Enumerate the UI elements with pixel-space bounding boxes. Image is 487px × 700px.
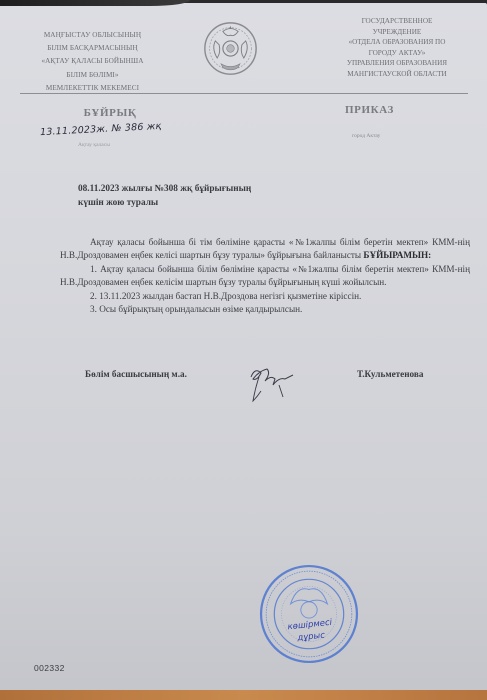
header-right-line: Мангистауской области: [322, 69, 472, 80]
state-emblem-icon: [202, 20, 259, 77]
header-divider: [20, 93, 468, 94]
document-serial-number: 002332: [34, 663, 65, 673]
header-right-line: учреждение: [322, 27, 472, 38]
header-right-line: Управления образования: [322, 58, 472, 69]
city-kazakh: Ақтау қаласы: [78, 142, 110, 148]
preamble-paragraph: Ақтау қаласы бойынша бі тім бөліміне қар…: [60, 236, 470, 263]
handwritten-order-date-number: 13.11.2023ж. № 386 жқ: [40, 121, 162, 138]
signature-icon: [245, 363, 295, 405]
order-subject: 08.11.2023 жылғы №308 жқ бұйрығының күші…: [78, 182, 318, 210]
order-title-russian: ПРИКАЗ: [345, 104, 394, 116]
subject-line: күшін жою туралы: [78, 196, 318, 210]
header-left-line: білім басқармасының: [20, 42, 165, 55]
order-body: Ақтау қаласы бойынша бі тім бөліміне қар…: [60, 236, 470, 316]
city-russian: город Актау: [352, 133, 380, 139]
header-left-line: Маңғыстау облысының: [20, 29, 165, 42]
header-right-line: «Отдела образования по: [322, 37, 472, 48]
official-seal-icon: [258, 563, 360, 665]
photo-shadow: [0, 0, 190, 6]
signatory-name: Т.Кульметенова: [357, 369, 423, 379]
signatory-title: Бөлім басшысының м.а.: [85, 369, 187, 379]
header-right-line: городу Актау»: [322, 48, 472, 59]
order-title-kazakh: БҰЙРЫҚ: [70, 107, 150, 119]
order-item-2: 2. 13.11.2023 жылдан бастап Н.В.Дроздова…: [60, 290, 470, 303]
header-left-line: «Ақтау қаласы бойынша: [20, 55, 165, 68]
decree-keyword: БҰЙЫРАМЫН:: [363, 250, 431, 260]
document-page: Маңғыстау облысының білім басқармасының …: [0, 3, 487, 700]
order-item-1: 1. Ақтау қаласы бойынша білім бөліміне қ…: [60, 263, 470, 290]
desk-surface: [0, 690, 487, 700]
header-right-line: Государственное: [322, 16, 472, 27]
header-left-line: білім бөлімі»: [20, 69, 165, 82]
order-item-3: 3. Осы бұйрықтың орындалысын өзіме қалды…: [60, 303, 470, 316]
subject-line: 08.11.2023 жылғы №308 жқ бұйрығының: [78, 182, 318, 196]
header-kazakh-institution: Маңғыстау облысының білім басқармасының …: [20, 29, 165, 95]
header-russian-institution: Государственное учреждение «Отдела образ…: [322, 16, 472, 80]
